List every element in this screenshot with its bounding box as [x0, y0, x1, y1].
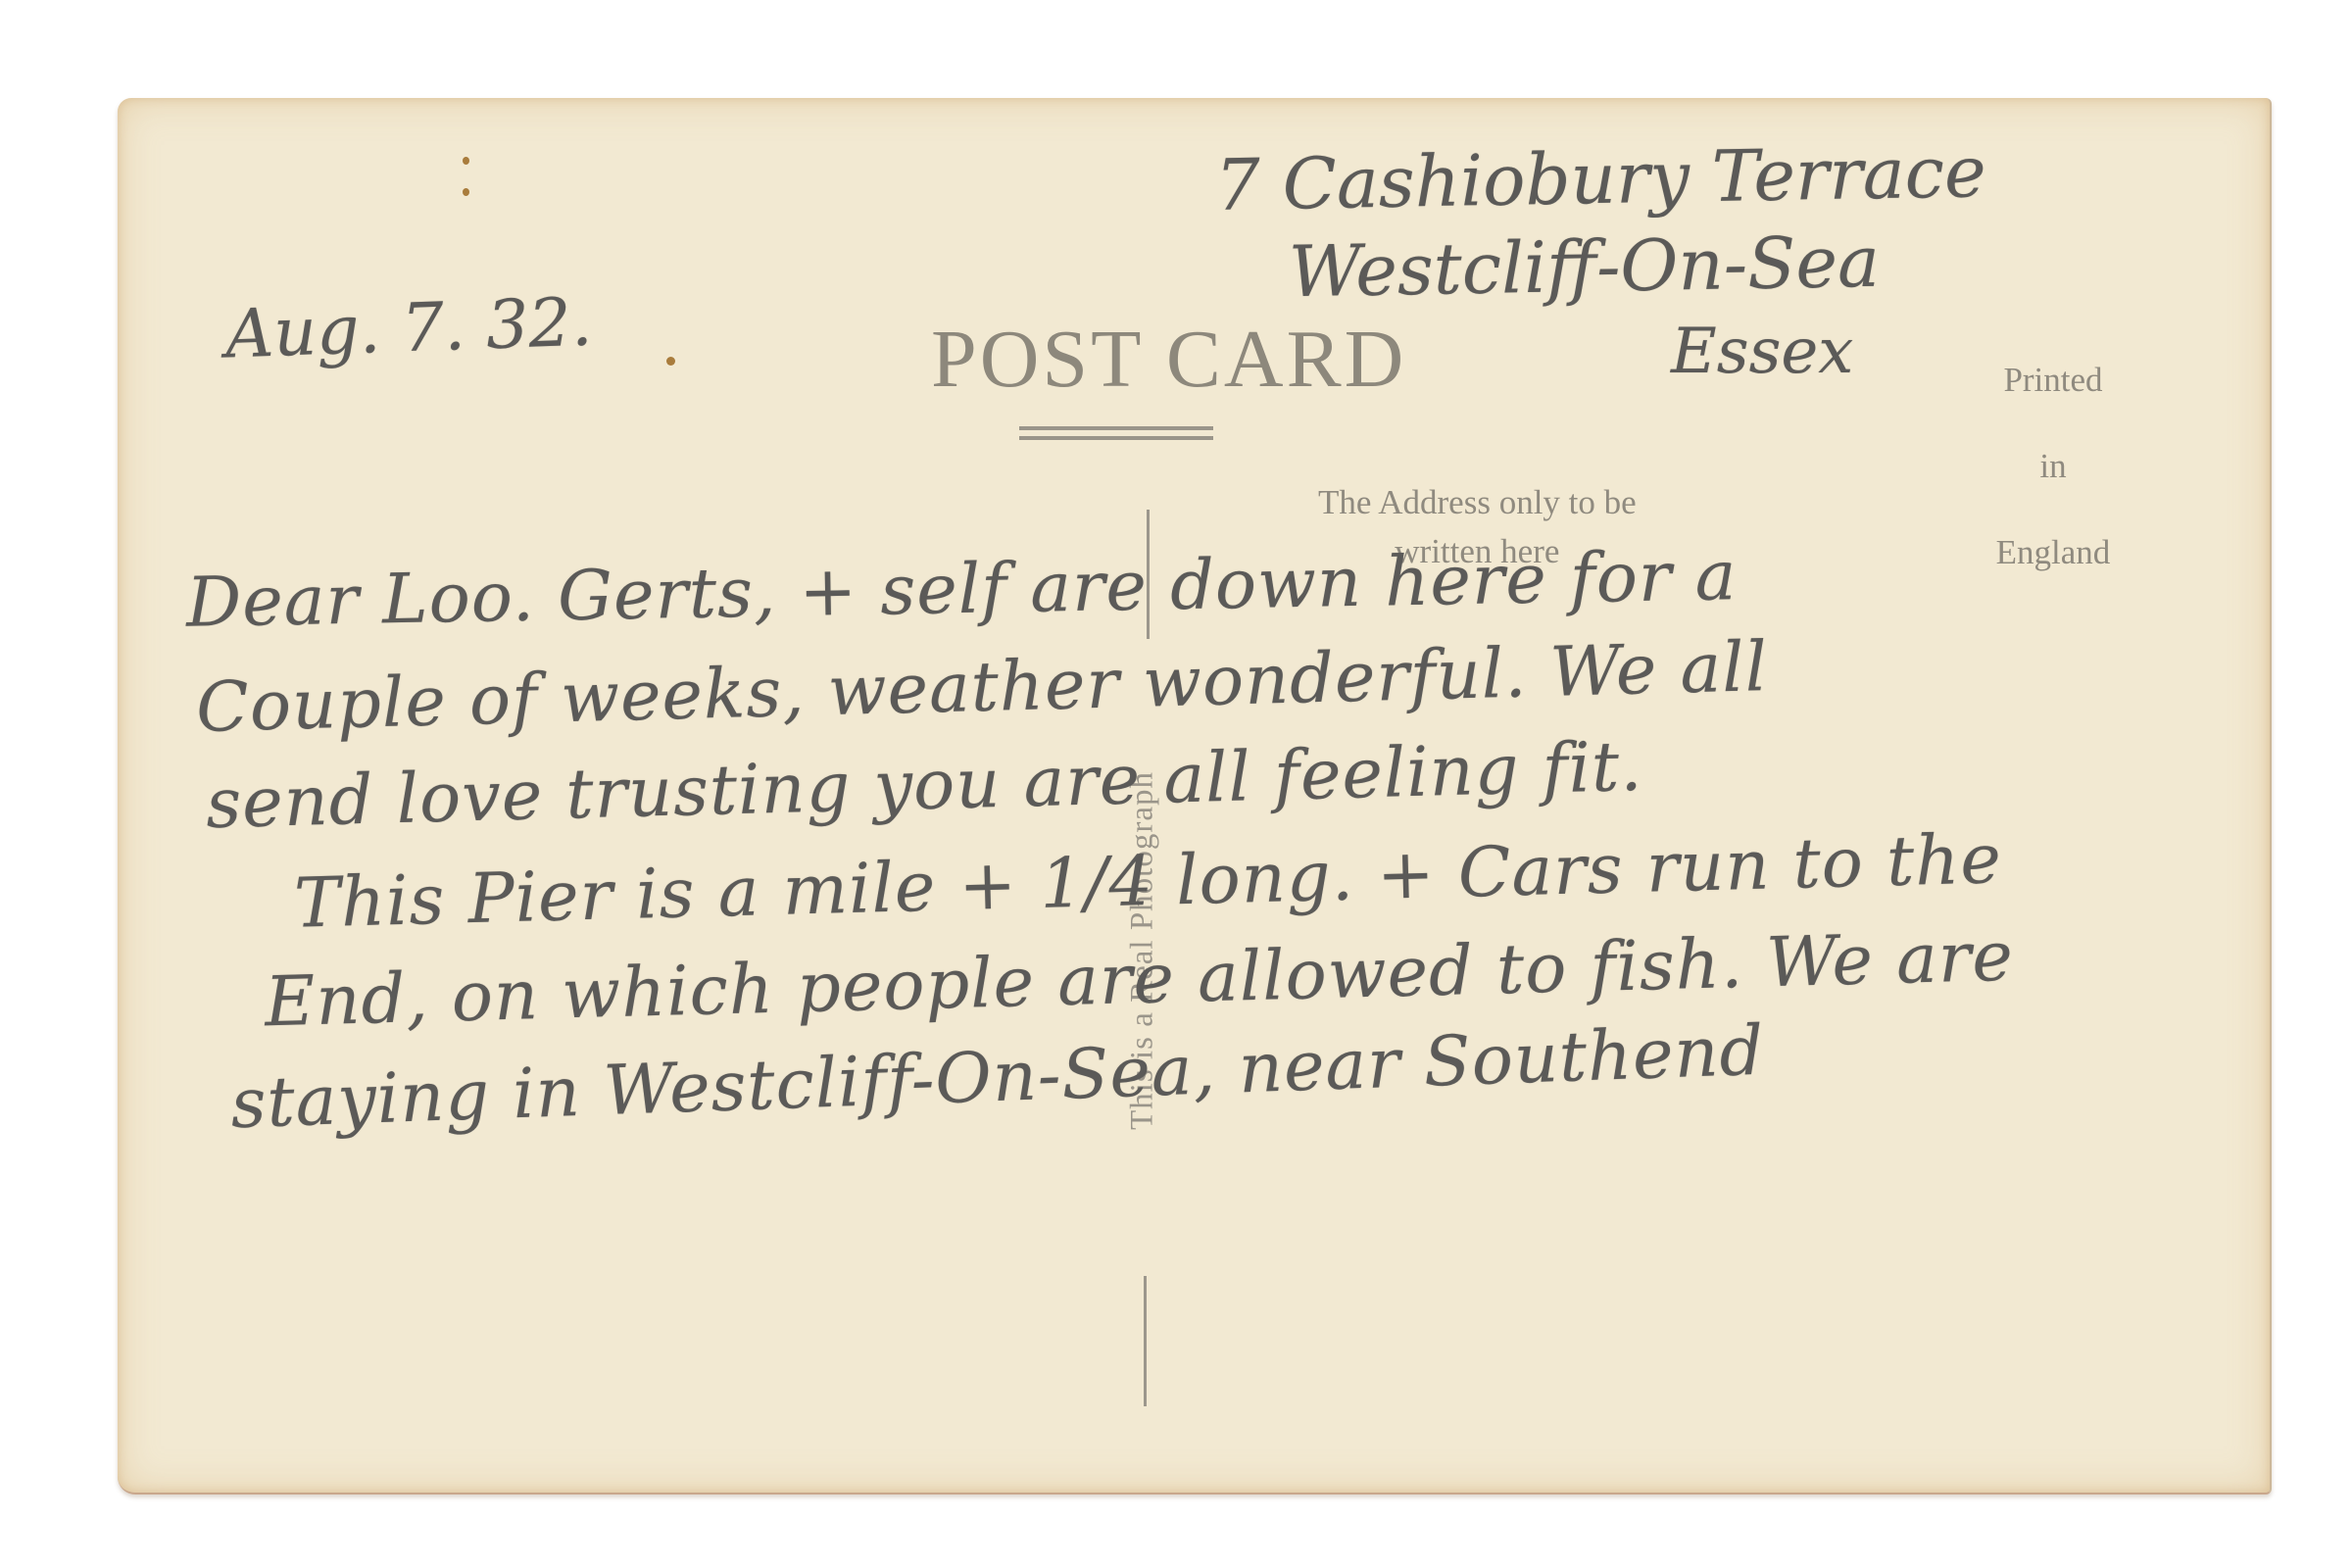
printed-in-england: Printed in England — [1975, 361, 2131, 619]
title-double-underline — [1019, 426, 1213, 440]
postcard-back: Aug. 7. 32. POST CARD 7 Cashiobury Terra… — [118, 98, 2272, 1494]
address-instruction-line-1: The Address only to be — [1318, 478, 1637, 527]
address-line-town: Westcliff-On-Sea — [1288, 220, 1880, 314]
center-divider-bottom — [1144, 1276, 1147, 1406]
address-line-county: Essex — [1671, 316, 1853, 388]
message-line: send love trusting you are all feeling f… — [205, 726, 1643, 844]
foxing-spot — [463, 157, 469, 165]
message-line: Dear Loo. Gerts, + self are down here fo… — [185, 535, 1738, 643]
scanned-page: Aug. 7. 32. POST CARD 7 Cashiobury Terra… — [0, 0, 2352, 1568]
printed-word: Printed — [1975, 361, 2131, 447]
post-card-title: POST CARD — [931, 312, 1406, 407]
england-word: England — [1975, 533, 2131, 619]
in-word: in — [1975, 447, 2131, 533]
address-line-street: 7 Cashiobury Terrace — [1214, 130, 1986, 226]
foxing-spot — [463, 188, 469, 196]
foxing-spot — [666, 357, 675, 366]
handwritten-date: Aug. 7. 32. — [224, 283, 594, 373]
